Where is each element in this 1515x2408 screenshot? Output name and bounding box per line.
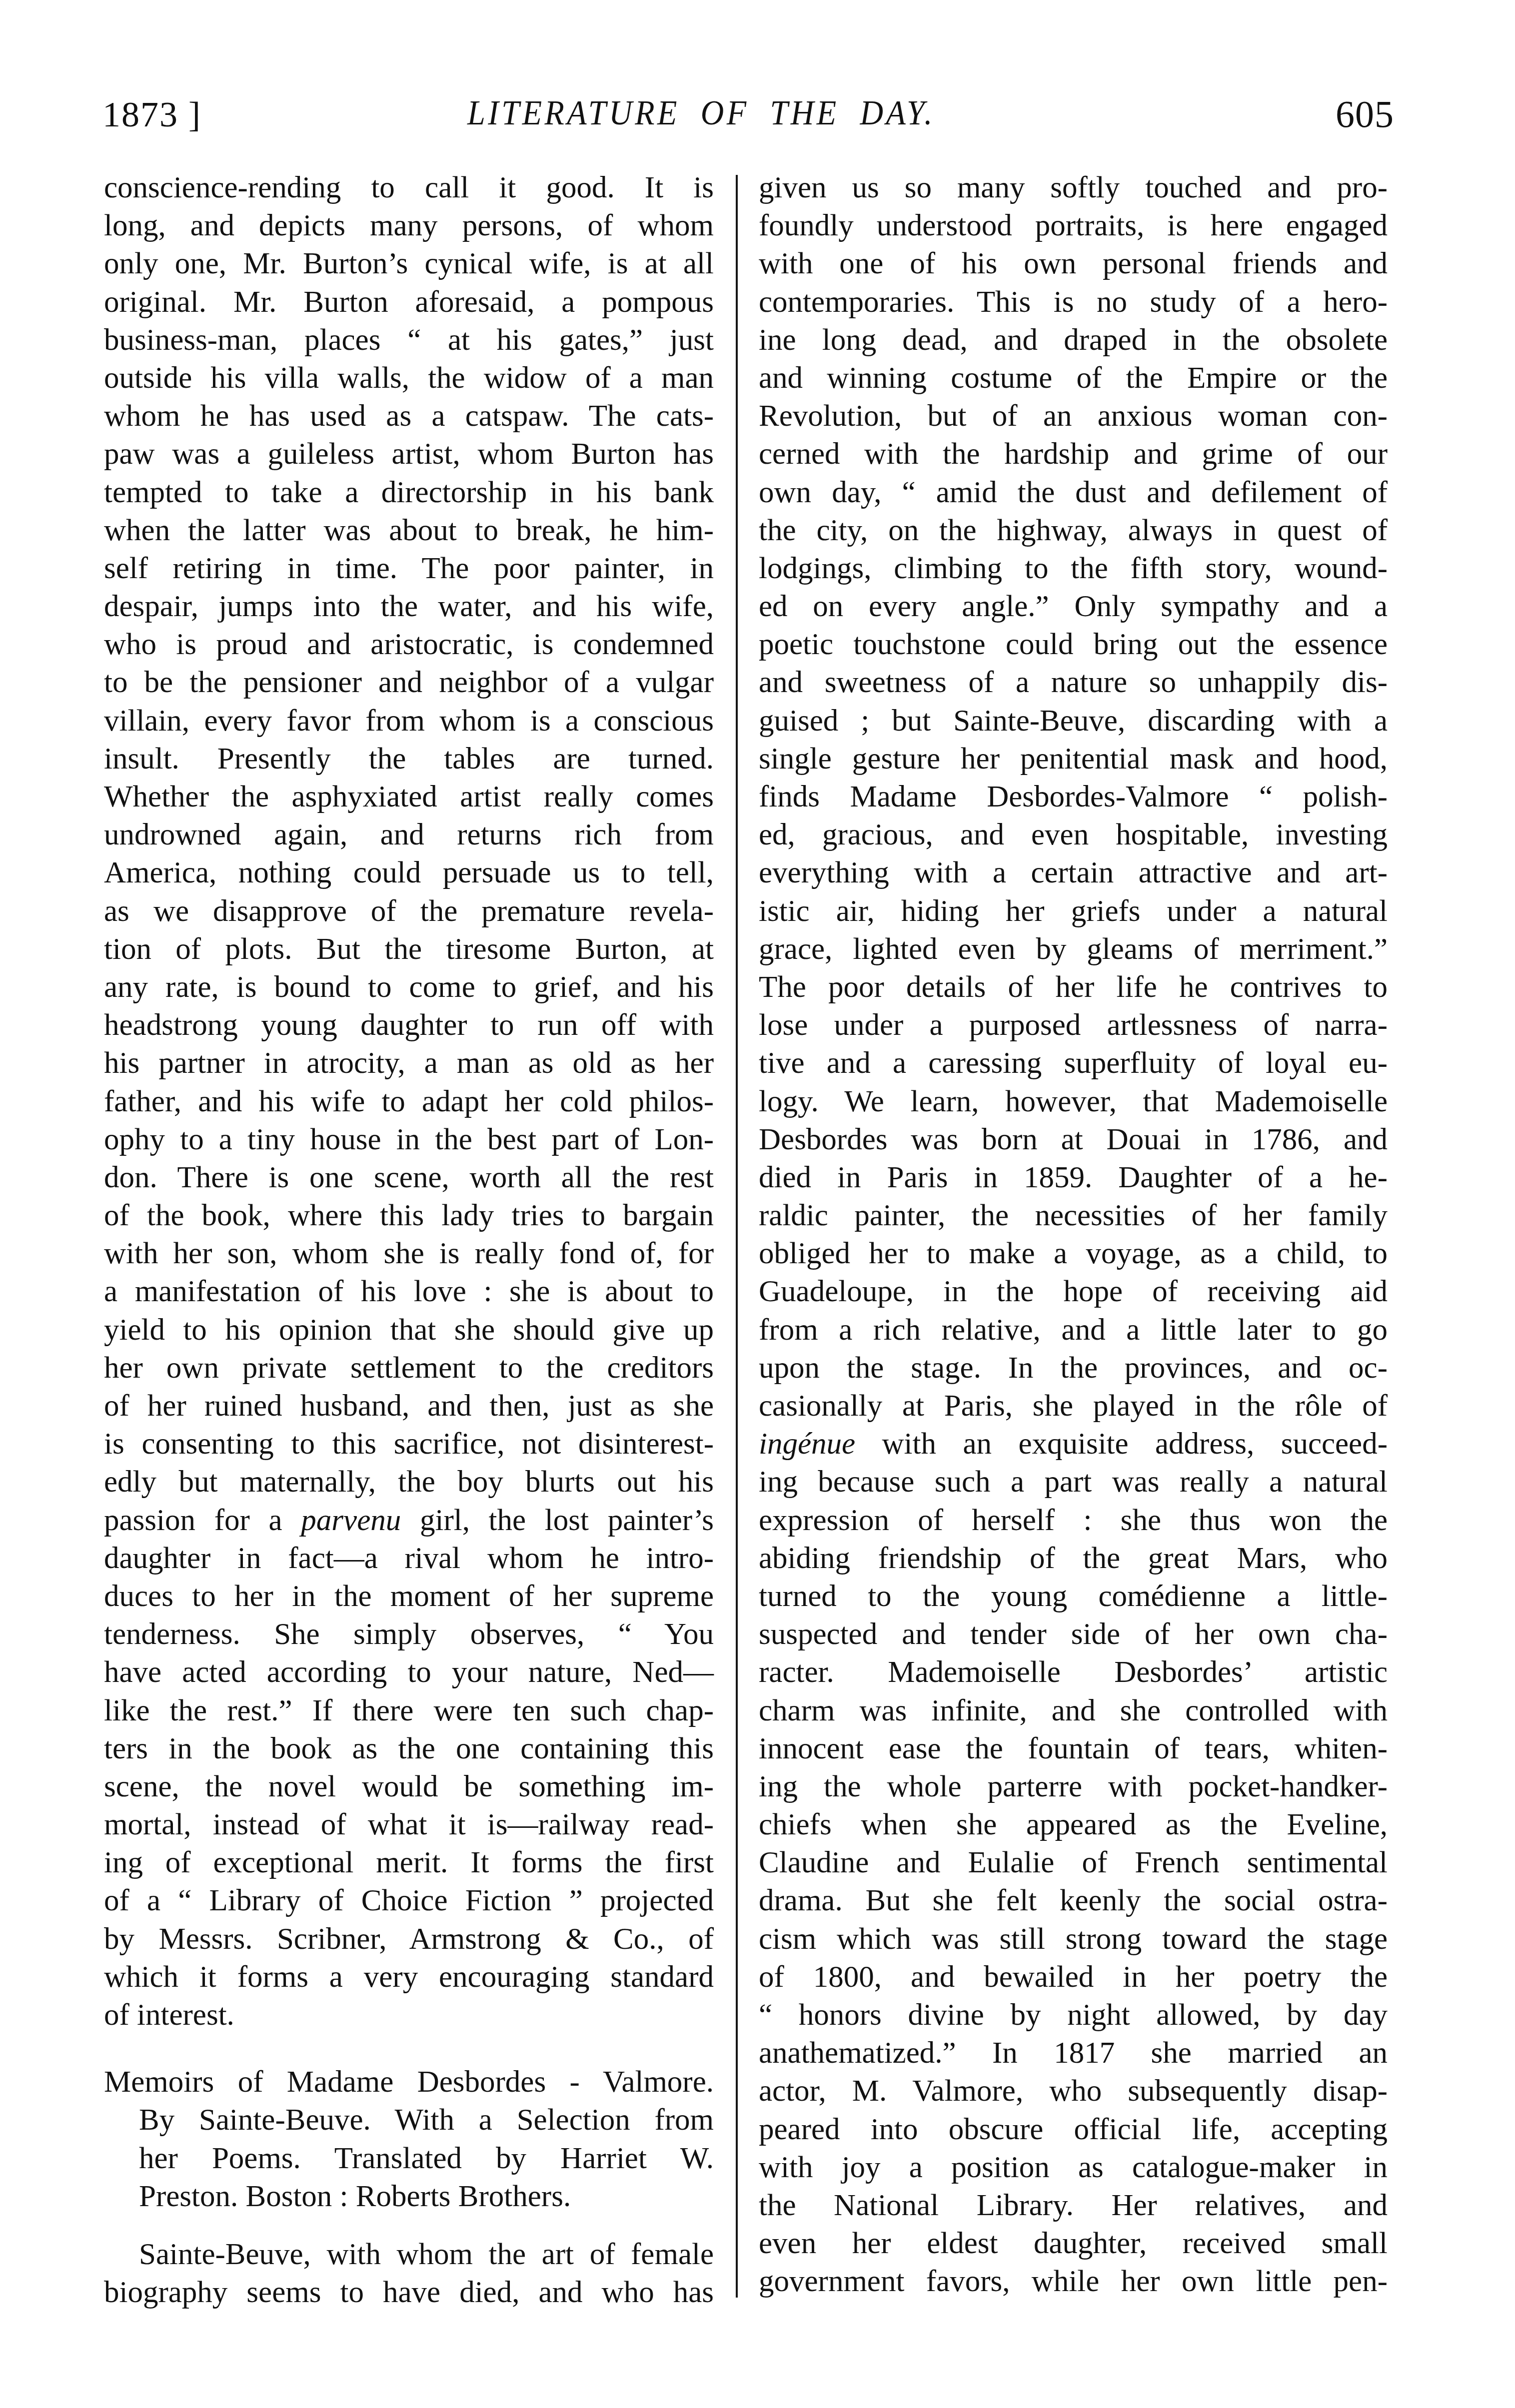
text-line: duces to her in the moment of her suprem… — [104, 1578, 714, 1615]
text-line: abiding friendship of the great Mars, wh… — [759, 1540, 1388, 1578]
text-line: raldic painter, the necessities of her f… — [759, 1197, 1388, 1235]
text-line: her own private settlement to the credit… — [104, 1349, 714, 1387]
book-heading: Memoirs of Madame Desbordes - Valmore.By… — [104, 2063, 714, 2216]
text-line: who is proud and aristocratic, is condem… — [104, 626, 714, 664]
text-line: with her son, whom she is really fond of… — [104, 1235, 714, 1273]
text-line: government favors, while her own little … — [759, 2263, 1388, 2301]
text-line: of a “ Library of Choice Fiction ” proje… — [104, 1882, 714, 1920]
text-line: ing the whole parterre with pocket-handk… — [759, 1768, 1388, 1806]
text-line: ine long dead, and draped in the obsolet… — [759, 321, 1388, 359]
text-line: father, and his wife to adapt her cold p… — [104, 1083, 714, 1121]
text-line: single gesture her penitential mask and … — [759, 740, 1388, 778]
text-line: conscience-rending to call it good. It i… — [104, 169, 714, 207]
text-line: a manifestation of his love : she is abo… — [104, 1273, 714, 1311]
text-line: expression of herself : she thus won the — [759, 1502, 1388, 1540]
text-line: ed, gracious, and even hospitable, inves… — [759, 816, 1388, 854]
text-line: villain, every favor from whom is a cons… — [104, 702, 714, 740]
text-line: given us so many softly touched and pro- — [759, 169, 1388, 207]
right-column: given us so many softly touched and pro-… — [759, 169, 1388, 2301]
text-line: turned to the young comédienne a little- — [759, 1578, 1388, 1615]
text-line: like the rest.” If there were ten such c… — [104, 1692, 714, 1730]
text-line: despair, jumps into the water, and his w… — [104, 588, 714, 626]
review-paragraph: conscience-rending to call it good. It i… — [104, 169, 714, 2034]
text-line: whom he has used as a catspaw. The cats- — [104, 397, 714, 435]
text-line: of the book, where this lady tries to ba… — [104, 1197, 714, 1235]
text-line: ed on every angle.” Only sympathy and a — [759, 588, 1388, 626]
text-line: finds Madame Desbordes-Valmore “ polish- — [759, 778, 1388, 816]
heading-line: Memoirs of Madame Desbordes - Valmore. — [104, 2063, 714, 2101]
text-line: obliged her to make a voyage, as a child… — [759, 1235, 1388, 1273]
text-line: as we disapprove of the premature revela… — [104, 892, 714, 930]
text-line: is consenting to this sacrifice, not dis… — [104, 1425, 714, 1463]
text-line: Whether the asphyxiated artist really co… — [104, 778, 714, 816]
text-line: died in Paris in 1859. Daughter of a he- — [759, 1159, 1388, 1197]
text-line: of her ruined husband, and then, just as… — [104, 1387, 714, 1425]
column-divider — [736, 175, 738, 2298]
text-line: with one of his own personal friends and — [759, 245, 1388, 283]
text-line: charm was infinite, and she controlled w… — [759, 1692, 1388, 1730]
text-line: self retiring in time. The poor painter,… — [104, 550, 714, 588]
page-number: 605 — [1336, 92, 1394, 137]
text-line: only one, Mr. Burton’s cynical wife, is … — [104, 245, 714, 283]
text-line: the National Library. Her relatives, and — [759, 2187, 1388, 2225]
text-line: with joy a position as catalogue-maker i… — [759, 2149, 1388, 2187]
text-line: have acted according to your nature, Ned… — [104, 1653, 714, 1691]
text-line: guised ; but Sainte-Beuve, discarding wi… — [759, 702, 1388, 740]
text-line: suspected and tender side of her own cha… — [759, 1615, 1388, 1653]
heading-line: By Sainte-Beuve. With a Selection from — [104, 2101, 714, 2139]
text-line: yield to his opinion that she should giv… — [104, 1311, 714, 1349]
text-line: daughter in fact—a rival whom he intro- — [104, 1540, 714, 1578]
text-line: America, nothing could persuade us to te… — [104, 854, 714, 892]
text-line: Revolution, but of an anxious woman con- — [759, 397, 1388, 435]
text-line: The poor details of her life he contrive… — [759, 968, 1388, 1006]
heading-line: her Poems. Translated by Harriet W. — [104, 2140, 714, 2178]
text-line: lodgings, climbing to the fifth story, w… — [759, 550, 1388, 588]
running-head: 1873 ] LITERATURE OF THE DAY. 605 — [0, 86, 1515, 136]
running-head-year: 1873 ] — [102, 92, 201, 137]
text-line: original. Mr. Burton aforesaid, a pompou… — [104, 283, 714, 321]
text-line: and winning costume of the Empire or the — [759, 359, 1388, 397]
text-line: cism which was still strong toward the s… — [759, 1920, 1388, 1958]
text-line: peared into obscure official life, accep… — [759, 2111, 1388, 2149]
text-line: mortal, instead of what it is—railway re… — [104, 1806, 714, 1844]
italic-term: ingénue — [759, 1427, 855, 1461]
text-line: when the latter was about to break, he h… — [104, 512, 714, 550]
text-line: grace, lighted even by gleams of merrime… — [759, 930, 1388, 968]
left-column: conscience-rending to call it good. It i… — [104, 169, 714, 2312]
text-line: casionally at Paris, she played in the r… — [759, 1387, 1388, 1425]
review-paragraph-continued: given us so many softly touched and pro-… — [759, 169, 1388, 2301]
text-line: business-man, places “ at his gates,” ju… — [104, 321, 714, 359]
text-line: tive and a caressing superfluity of loya… — [759, 1044, 1388, 1082]
text-line: actor, M. Valmore, who subsequently disa… — [759, 2072, 1388, 2110]
text-line: any rate, is bound to come to grief, and… — [104, 968, 714, 1006]
text-line: which it forms a very encouraging standa… — [104, 1958, 714, 1996]
italic-term: parvenu — [301, 1504, 401, 1537]
text-line: innocent ease the fountain of tears, whi… — [759, 1730, 1388, 1768]
text-line: upon the stage. In the provinces, and oc… — [759, 1349, 1388, 1387]
text-line: to be the pensioner and neighbor of a vu… — [104, 664, 714, 702]
text-line: of interest. — [104, 1996, 714, 2034]
text-line: tempted to take a directorship in his ba… — [104, 474, 714, 512]
text-line: even her eldest daughter, received small — [759, 2225, 1388, 2263]
text-line: scene, the novel would be something im- — [104, 1768, 714, 1806]
text-line: undrowned again, and returns rich from — [104, 816, 714, 854]
text-line: ing of exceptional merit. It forms the f… — [104, 1844, 714, 1882]
text-line: of 1800, and bewailed in her poetry the — [759, 1958, 1388, 1996]
text-line: ters in the book as the one containing t… — [104, 1730, 714, 1768]
text-line: anathematized.” In 1817 she married an — [759, 2034, 1388, 2072]
text-line: foundly understood portraits, is here en… — [759, 207, 1388, 245]
text-line: istic air, hiding her griefs under a nat… — [759, 892, 1388, 930]
text-line: don. There is one scene, worth all the r… — [104, 1159, 714, 1197]
text-line: biography seems to have died, and who ha… — [104, 2274, 714, 2312]
text-line: own day, “ amid the dust and defilement … — [759, 474, 1388, 512]
text-line: racter. Mademoiselle Desbordes’ artistic — [759, 1653, 1388, 1691]
text-line: and sweetness of a nature so unhappily d… — [759, 664, 1388, 702]
text-line: ophy to a tiny house in the best part of… — [104, 1121, 714, 1159]
text-line: Claudine and Eulalie of French sentiment… — [759, 1844, 1388, 1882]
text-line: Guadeloupe, in the hope of receiving aid — [759, 1273, 1388, 1311]
text-line: poetic touchstone could bring out the es… — [759, 626, 1388, 664]
text-line: “ honors divine by night allowed, by day — [759, 1996, 1388, 2034]
text-line: his partner in atrocity, a man as old as… — [104, 1044, 714, 1082]
running-head-title: LITERATURE OF THE DAY. — [467, 91, 935, 136]
text-line: lose under a purposed artlessness of nar… — [759, 1006, 1388, 1044]
text-line: Desbordes was born at Douai in 1786, and — [759, 1121, 1388, 1159]
text-line: everything with a certain attractive and… — [759, 854, 1388, 892]
text-line: the city, on the highway, always in ques… — [759, 512, 1388, 550]
text-line: contemporaries. This is no study of a he… — [759, 283, 1388, 321]
text-line: insult. Presently the tables are turned. — [104, 740, 714, 778]
text-line: ingénue with an exquisite address, succe… — [759, 1425, 1388, 1463]
text-line: edly but maternally, the boy blurts out … — [104, 1463, 714, 1501]
heading-line: Preston. Boston : Roberts Brothers. — [104, 2178, 714, 2216]
text-line: tenderness. She simply observes, “ You — [104, 1615, 714, 1653]
text-line: drama. But she felt keenly the social os… — [759, 1882, 1388, 1920]
text-line: chiefs when she appeared as the Eveline, — [759, 1806, 1388, 1844]
text-line: ing because such a part was really a nat… — [759, 1463, 1388, 1501]
text-line: tion of plots. But the tiresome Burton, … — [104, 930, 714, 968]
text-line: logy. We learn, however, that Mademoisel… — [759, 1083, 1388, 1121]
text-line: by Messrs. Scribner, Armstrong & Co., of — [104, 1920, 714, 1958]
review-paragraph-new: Sainte-Beuve, with whom the art of femal… — [104, 2236, 714, 2312]
text-line: from a rich relative, and a little later… — [759, 1311, 1388, 1349]
text-line: long, and depicts many persons, of whom — [104, 207, 714, 245]
text-line: passion for a parvenu girl, the lost pai… — [104, 1502, 714, 1540]
text-line: paw was a guileless artist, whom Burton … — [104, 435, 714, 473]
text-line: cerned with the hardship and grime of ou… — [759, 435, 1388, 473]
text-line: outside his villa walls, the widow of a … — [104, 359, 714, 397]
text-line: Sainte-Beuve, with whom the art of femal… — [104, 2236, 714, 2274]
text-line: headstrong young daughter to run off wit… — [104, 1006, 714, 1044]
